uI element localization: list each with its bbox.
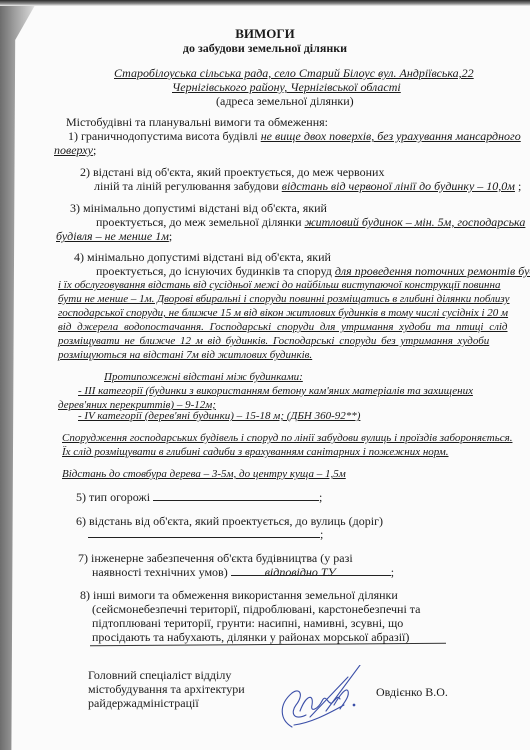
item-7-end: ; [391,565,394,579]
item-4-value-line-6: розміщуються на відстані 7м від житлових… [58,349,312,362]
item-8-number: 8) [80,588,90,602]
fire-distances-heading: Протипожежні відстані між будинками: [104,371,303,384]
item-6-cont: ; [88,526,323,541]
item-1-value: не вище двох поверхів, без урахування ма… [261,129,521,143]
signatory-position-line-1: Головний спеціаліст відділу [88,668,231,682]
item-8-label: інші вимоги та обмеження використання зе… [93,588,398,602]
address-line-1: Старобілоуська сільська рада, село Стари… [114,66,474,80]
item-6-number: 6) [76,514,86,528]
item-5-blank-field[interactable] [153,489,319,501]
item-8-line-1: (сейсмонебезпечні території, підроблюван… [92,602,421,616]
item-5-label: тип огорожі [89,490,150,504]
item-4-value: для проведення поточних ремонтів будівел… [335,264,530,278]
item-2-number: 2) [80,165,90,179]
handwritten-signature [270,665,370,735]
address-caption: (адреса земельної ділянки) [216,94,354,108]
item-3-value: житловий будинок – мін. 5м, господарська [305,215,526,229]
outbuildings-note-line-2: Їх слід розміщувати в глибині садиби з в… [62,446,449,459]
tree-distance: Відстань до стовбура дерева – 3-5м, до ц… [62,468,346,481]
item-7-value-field[interactable]: відповідно ТУ [231,565,391,576]
item-3-end: ; [169,229,172,243]
item-1-value-cont: поверху [54,143,93,157]
item-2-cont: ліній та ліній регулювання забудови відс… [94,179,521,193]
item-2-value: відстань від червоної лінії до будинку –… [282,179,515,193]
item-2: 2) відстані від об'єкта, який проектуєть… [80,165,384,179]
item-7: 7) інженерне забезпечення об'єкта будівн… [78,551,353,565]
item-1-end: ; [93,143,96,157]
address-line-2: Чернігівського району, Чернігівської обл… [172,80,401,94]
item-3-value-cont: будівля – не менше 1м [56,229,169,243]
item-4-cont: проектується, до існуючих будинків та сп… [96,264,530,278]
fire-distances-cat4: - ІV категорії (дерев'яні будинки) – 15-… [78,410,360,423]
fire-distances-cat3: - ІІІ категорії (будинки з використанням… [78,385,473,398]
item-5: 5) тип огорожі ; [76,489,322,504]
signatory-position-line-2: містобудування та архітектури [88,682,245,696]
signatory-position-line-3: райдержадміністрації [88,696,199,710]
item-4: 4) мінімально допустимі відстані від об'… [74,250,331,264]
item-3-number: 3) [70,201,80,215]
item-1: 1) граничнодопустима висота будівлі не в… [68,129,521,143]
item-3-cont: проектується, до меж земельної ділянки ж… [96,215,525,229]
item-3-label: мінімально допустимі відстані від об'єкт… [83,201,327,215]
item-4-label: мінімально допустимі відстані від об'єкт… [87,250,331,264]
item-4-number: 4) [74,250,84,264]
outbuildings-note-line-1: Спорудження господарських будівель і спо… [62,432,512,445]
item-5-number: 5) [76,490,86,504]
item-5-end: ; [319,490,322,504]
item-8: 8) інші вимоги та обмеження використання… [80,588,398,602]
item-4-value-line-1: і їх обслуговування відстань від сусіднь… [58,279,500,292]
item-7-label: інженерне забезпечення об'єкта будівницт… [91,551,353,565]
item-3: 3) мінімально допустимі відстані від об'… [70,201,327,215]
item-2-end: ; [515,179,521,193]
item-2-label: відстані від об'єкта, який проектується,… [93,165,384,179]
item-3-label-cont: проектується, до меж земельної ділянки [96,215,302,229]
item-7-number: 7) [78,551,88,565]
item-7-cont: наявності технічних умов) відповідно ТУ; [92,565,394,579]
item-4-value-line-3: господарської споруди, не ближче 15 м ві… [58,307,508,320]
item-4-value-line-5: розміщувати не ближче 12 м від будинків.… [58,335,489,348]
document-subtitle: до забудови земельної ділянки [0,41,530,55]
item-1-number: 1) [68,129,78,143]
signatory-name: Овдієнко В.О. [376,685,448,699]
item-4-value-line-4: від джерела водопостачання. Господарські… [58,321,508,334]
item-4-label-cont: проектується, до існуючих будинків та сп… [96,264,332,278]
item-8-line-3: просідають та набухають, ділянки у район… [92,630,409,644]
item-6-blank-field[interactable] [88,526,320,538]
item-8-line-2: підтоплювані території, грунти: насипні,… [92,616,403,630]
item-6-end: ; [320,527,323,541]
item-1-label: граничнодопустима висота будівлі [81,129,258,143]
item-4-value-line-2: бути не менше – 1м. Дворові вбиральні і … [58,293,510,306]
item-2-label-cont: ліній та ліній регулювання забудови [94,179,279,193]
item-1-cont: поверху; [54,143,96,157]
document-title: ВИМОГИ [0,26,530,41]
requirements-intro: Містобудівні та планувальні вимоги та об… [66,115,328,129]
document-page: ВИМОГИ до забудови земельної ділянки Ста… [0,0,530,750]
item-3-cont-2: будівля – не менше 1м; [56,229,172,243]
item-7-label-cont: наявності технічних умов) [92,565,228,579]
